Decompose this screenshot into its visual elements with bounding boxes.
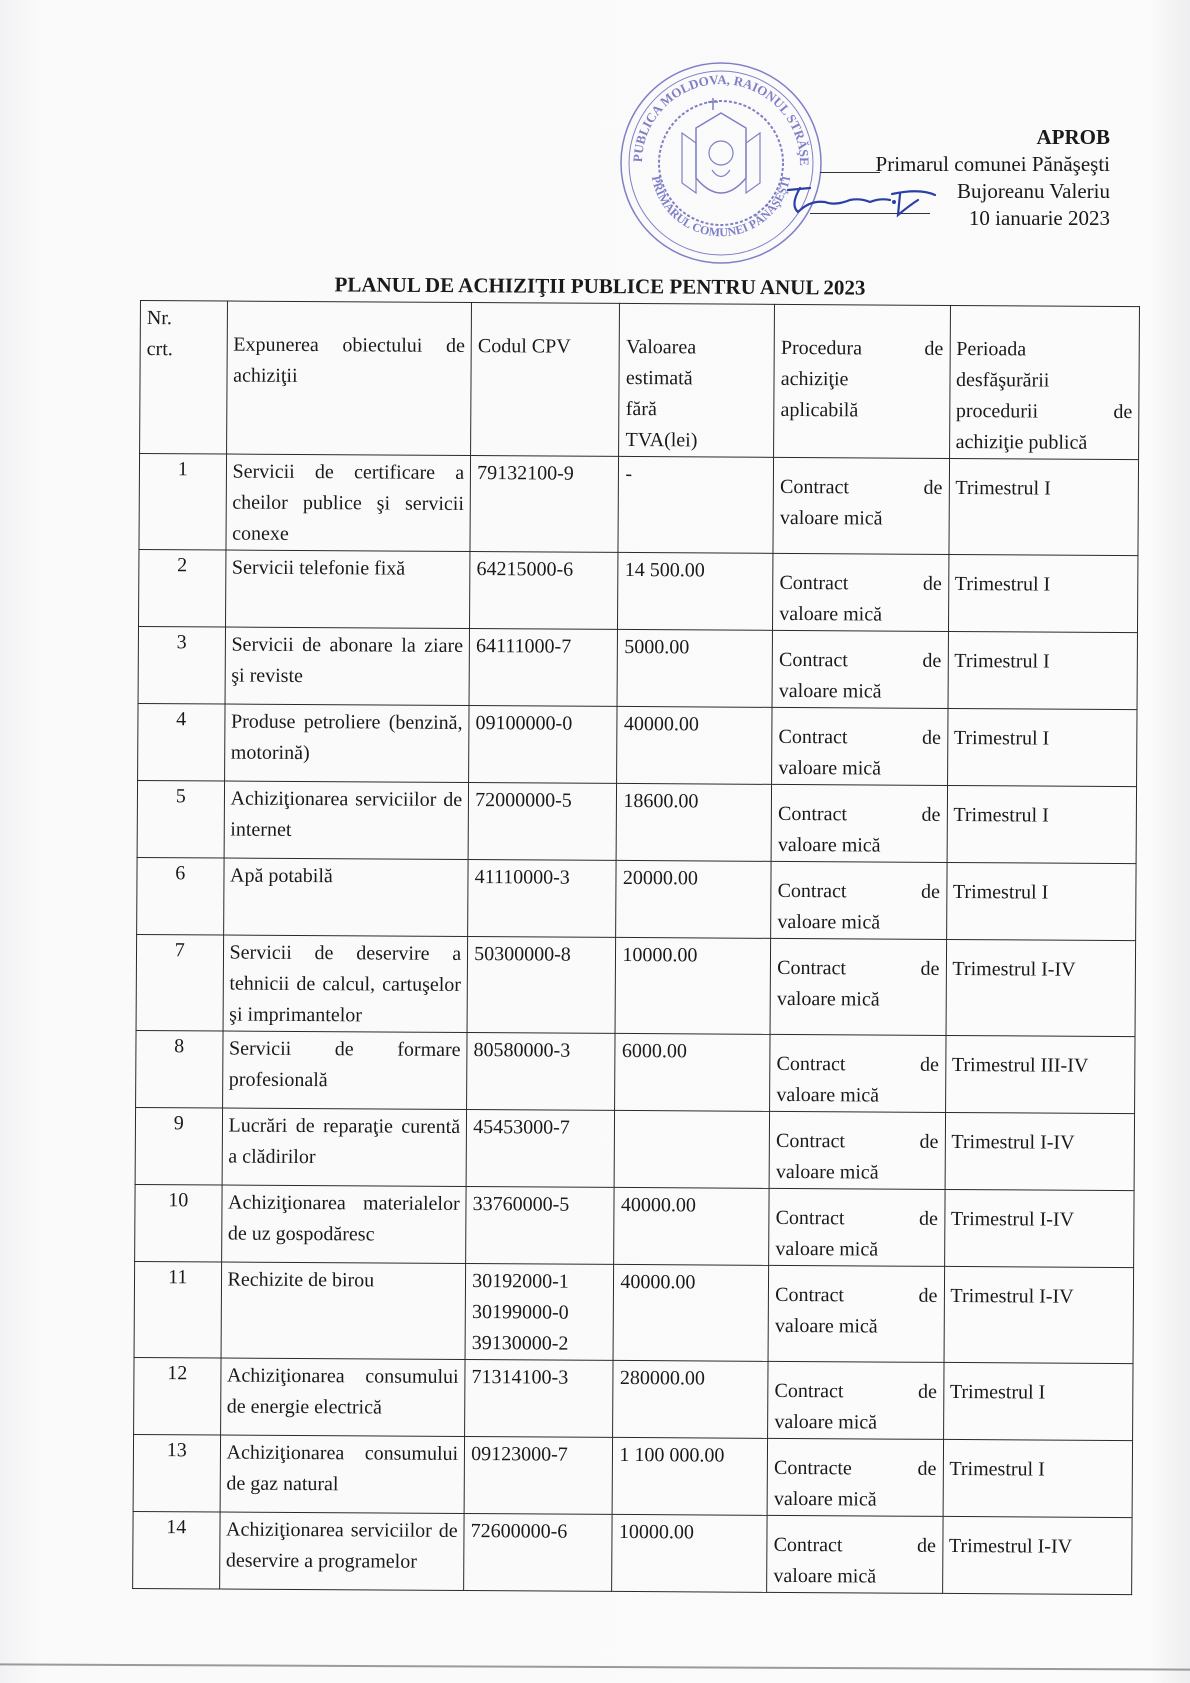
row-value: 40000.00 xyxy=(614,1187,769,1265)
header-description: Expunerea obiectului de achiziţii xyxy=(226,301,472,455)
row-number: 1 xyxy=(139,454,226,551)
table-row: 7Servicii de deservire a tehnicii de cal… xyxy=(136,934,1136,1036)
table-row: 3Servicii de abonare la ziare şi reviste… xyxy=(138,626,1137,709)
cpv-code: 50300000-8 xyxy=(474,939,609,971)
cpv-code: 72000000-5 xyxy=(475,785,610,817)
row-number: 3 xyxy=(138,626,225,704)
row-value xyxy=(615,1110,770,1188)
cpv-code: 64111000-7 xyxy=(476,631,611,663)
approval-date: 10 ianuarie 2023 xyxy=(800,205,1110,232)
row-number: 4 xyxy=(138,703,225,781)
row-procedure: Contractdevaloare mică xyxy=(769,1188,945,1266)
table-row: 10Achiziţionarea materialelor de uz gosp… xyxy=(135,1184,1134,1267)
header-period: Perioada desfăşurării proceduriide achiz… xyxy=(949,305,1139,459)
row-number: 11 xyxy=(134,1261,221,1358)
row-procedure: Contractdevaloare mică xyxy=(771,784,947,862)
table-row: 6Apă potabilă41110000-320000.00Contractd… xyxy=(137,857,1136,940)
row-procedure: Contractdevaloare mică xyxy=(771,861,947,939)
row-value: - xyxy=(618,456,773,553)
cpv-code: 33760000-5 xyxy=(473,1189,608,1221)
row-procedure: Contractdevaloare mică xyxy=(768,1361,944,1439)
row-value: 10000.00 xyxy=(615,937,770,1034)
table-row: 9Lucrări de reparaţie curentă a clădiril… xyxy=(135,1107,1134,1190)
row-cpv-code: 09100000-0 xyxy=(469,706,618,784)
row-cpv-code: 71314100-3 xyxy=(465,1360,614,1438)
official-stamp-icon: REPUBLICA MOLDOVA, RAIONUL STRĂŞENI PRIM… xyxy=(612,58,830,268)
row-number: 2 xyxy=(139,549,226,627)
row-value: 10000.00 xyxy=(612,1514,767,1592)
row-description: Lucrări de reparaţie curentă a clădirilo… xyxy=(222,1108,467,1186)
row-description: Servicii de formare profesională xyxy=(222,1031,467,1109)
row-cpv-code: 72000000-5 xyxy=(468,783,617,861)
row-description: Apă potabilă xyxy=(223,858,468,936)
row-value: 14 500.00 xyxy=(618,552,773,630)
row-period: Trimestrul I xyxy=(947,785,1137,863)
row-description: Achiziţionarea serviciilor de deservire … xyxy=(219,1512,464,1590)
header-procedure: Procedurade achiziţie aplicabilă xyxy=(774,304,950,458)
row-description: Servicii telefonie fixă xyxy=(225,550,470,628)
row-cpv-code: 41110000-3 xyxy=(468,860,617,938)
table-row: 11Rechizite de birou30192000-130199000-0… xyxy=(134,1261,1134,1363)
row-period: Trimestrul I xyxy=(948,631,1138,709)
row-description: Produse petroliere (benzină, motorină) xyxy=(224,704,469,782)
row-procedure: Contractdevaloare mică xyxy=(773,553,949,631)
row-value: 40000.00 xyxy=(617,706,772,784)
approval-position: Primarul comunei Pănăşeşti xyxy=(800,151,1110,178)
row-cpv-code: 50300000-8 xyxy=(467,937,616,1034)
table-row: 13Achiziţionarea consumului de gaz natur… xyxy=(133,1434,1132,1517)
table-row: 14Achiziţionarea serviciilor de deservir… xyxy=(133,1511,1132,1594)
header-nr: Nr. crt. xyxy=(140,301,228,455)
approval-heading: APROB xyxy=(800,124,1110,151)
cpv-code: 09123000-7 xyxy=(471,1439,606,1471)
row-procedure: Contractdevaloare mică xyxy=(772,707,948,785)
row-value: 18600.00 xyxy=(617,783,772,861)
approval-block: APROB Primarul comunei Pănăşeşti Bujorea… xyxy=(800,124,1110,232)
row-period: Trimestrul I xyxy=(946,862,1136,940)
cpv-code: 09100000-0 xyxy=(475,708,610,740)
cpv-code: 71314100-3 xyxy=(472,1362,607,1394)
row-description: Servicii de certificare a cheilor public… xyxy=(226,454,471,551)
row-description: Achiziţionarea consumului de gaz natural xyxy=(220,1435,465,1513)
row-description: Servicii de deservire a tehnicii de calc… xyxy=(223,935,468,1032)
row-value: 6000.00 xyxy=(615,1033,770,1111)
row-cpv-code: 30192000-130199000-039130000-2 xyxy=(465,1264,614,1361)
table-header-row: Nr. crt. Expunerea obiectului de achiziţ… xyxy=(140,301,1140,460)
table-row: 1Servicii de certificare a cheilor publi… xyxy=(139,454,1139,556)
row-number: 13 xyxy=(133,1434,220,1512)
row-number: 6 xyxy=(137,857,224,935)
row-cpv-code: 09123000-7 xyxy=(464,1437,613,1515)
row-cpv-code: 64215000-6 xyxy=(470,552,619,630)
row-number: 9 xyxy=(135,1107,222,1185)
row-number: 12 xyxy=(134,1357,221,1435)
row-value: 280000.00 xyxy=(613,1360,768,1438)
cpv-code: 64215000-6 xyxy=(476,554,611,586)
table-row: 4Produse petroliere (benzină, motorină)0… xyxy=(138,703,1137,786)
procurement-table: Nr. crt. Expunerea obiectului de achiziţ… xyxy=(132,300,1140,1595)
cpv-code: 30199000-0 xyxy=(472,1297,607,1329)
row-number: 7 xyxy=(136,934,223,1031)
row-number: 8 xyxy=(136,1030,223,1108)
row-cpv-code: 72600000-6 xyxy=(464,1514,613,1592)
row-period: Trimestrul I xyxy=(943,1362,1133,1440)
cpv-code: 79132100-9 xyxy=(477,458,612,490)
cpv-code: 41110000-3 xyxy=(475,862,610,894)
row-cpv-code: 64111000-7 xyxy=(469,629,618,707)
row-description: Achiziţionarea serviciilor de internet xyxy=(224,781,469,859)
row-procedure: Contractdevaloare mică xyxy=(768,1265,944,1362)
cpv-code: 45453000-7 xyxy=(473,1112,608,1144)
row-description: Achiziţionarea materialelor de uz gospod… xyxy=(221,1185,466,1263)
svg-text:PRIMARUL COMUNEI PĂNĂŞEŞTI: PRIMARUL COMUNEI PĂNĂŞEŞTI xyxy=(649,175,793,240)
cpv-code: 72600000-6 xyxy=(471,1516,606,1548)
cpv-code: 80580000-3 xyxy=(473,1035,608,1067)
table-row: 12Achiziţionarea consumului de energie e… xyxy=(134,1357,1133,1440)
row-description: Rechizite de birou xyxy=(221,1262,466,1359)
row-number: 5 xyxy=(137,780,224,858)
row-procedure: Contractdevaloare mică xyxy=(772,630,948,708)
row-period: Trimestrul I xyxy=(948,554,1138,632)
row-procedure: Contractdevaloare mică xyxy=(769,1111,945,1189)
row-period: Trimestrul III-IV xyxy=(945,1035,1135,1113)
row-cpv-code: 79132100-9 xyxy=(470,456,619,553)
row-procedure: Contractedevaloare mică xyxy=(767,1438,943,1516)
header-cpv: Codul CPV xyxy=(471,303,620,457)
row-value: 20000.00 xyxy=(616,860,771,938)
row-value: 5000.00 xyxy=(617,629,772,707)
row-period: Trimestrul I xyxy=(943,1439,1133,1517)
row-description: Achiziţionarea consumului de energie ele… xyxy=(220,1358,465,1436)
row-procedure: Contractdevaloare mică xyxy=(767,1515,943,1593)
table-row: 8Servicii de formare profesională8058000… xyxy=(136,1030,1135,1113)
row-number: 10 xyxy=(135,1184,222,1262)
header-value: Valoarea estimată fără TVA(lei) xyxy=(619,303,775,457)
row-value: 1 100 000.00 xyxy=(613,1437,768,1515)
row-cpv-code: 45453000-7 xyxy=(466,1110,615,1188)
row-description: Servicii de abonare la ziare şi reviste xyxy=(225,627,470,705)
cpv-code: 30192000-1 xyxy=(472,1266,607,1298)
table-row: 2Servicii telefonie fixă64215000-614 500… xyxy=(139,549,1138,632)
row-period: Trimestrul I xyxy=(948,458,1138,555)
table-row: 5Achiziţionarea serviciilor de internet7… xyxy=(137,780,1136,863)
row-period: Trimestrul I-IV xyxy=(946,939,1136,1036)
row-period: Trimestrul I-IV xyxy=(942,1516,1132,1594)
row-procedure: Contractdevaloare mică xyxy=(770,938,946,1035)
approval-name: Bujoreanu Valeriu xyxy=(800,178,1110,205)
row-number: 14 xyxy=(133,1511,220,1589)
procurement-table-container: Nr. crt. Expunerea obiectului de achiziţ… xyxy=(132,300,1140,1595)
row-cpv-code: 80580000-3 xyxy=(467,1033,616,1111)
row-procedure: Contractdevaloare mică xyxy=(770,1034,946,1112)
row-procedure: Contractdevaloare mică xyxy=(773,457,949,554)
table-body: 1Servicii de certificare a cheilor publi… xyxy=(133,454,1139,1595)
row-value: 40000.00 xyxy=(613,1264,768,1361)
cpv-code: 39130000-2 xyxy=(472,1328,607,1360)
row-period: Trimestrul I-IV xyxy=(945,1112,1135,1190)
row-period: Trimestrul I-IV xyxy=(944,1189,1134,1267)
row-period: Trimestrul I-IV xyxy=(944,1266,1134,1363)
row-period: Trimestrul I xyxy=(947,708,1137,786)
row-cpv-code: 33760000-5 xyxy=(466,1187,615,1265)
